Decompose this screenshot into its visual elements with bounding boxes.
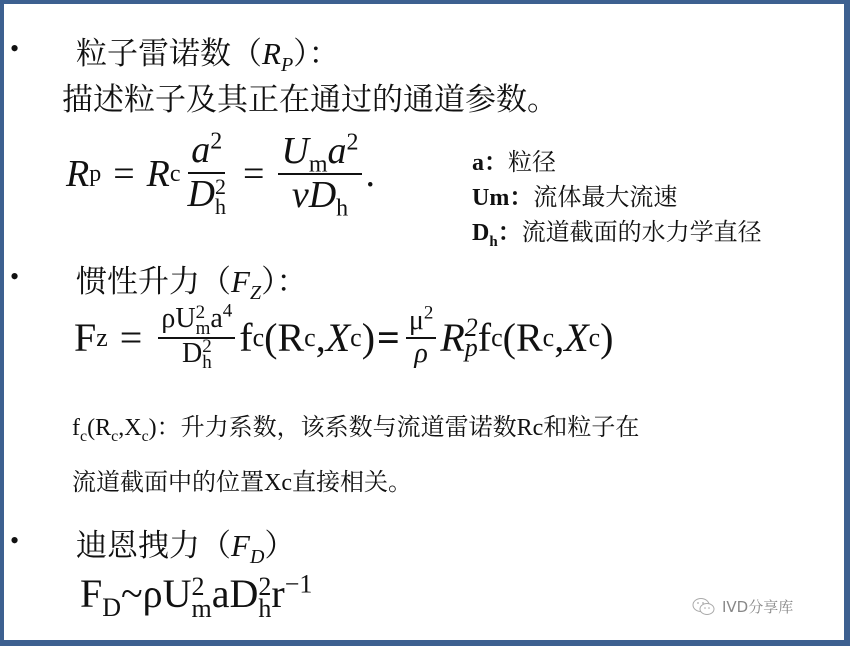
eq-sign: = xyxy=(120,314,143,361)
eq-term: a xyxy=(210,303,222,334)
legend-term: D xyxy=(472,220,489,246)
eq-term: R xyxy=(440,314,464,361)
equation-fd: FD~ρU2maD2hr−1 xyxy=(80,570,312,620)
lift-coefficient-note-line2: 流道截面中的位置Xc直接相关。 xyxy=(72,462,412,497)
bullet: • xyxy=(10,34,19,64)
eq-sub: p xyxy=(465,338,478,358)
eq-sign: = xyxy=(377,314,400,361)
bullet: • xyxy=(10,262,19,292)
eq-term: U xyxy=(281,130,308,172)
eq-sign: = xyxy=(113,152,134,196)
bullet: • xyxy=(10,526,19,556)
watermark-text: IVD分享库 xyxy=(722,596,793,617)
eq-term: R xyxy=(147,152,170,196)
legend-sep: ： xyxy=(509,185,533,211)
eq-term: aD xyxy=(212,571,259,616)
eq-term: a xyxy=(191,129,210,171)
eq-sup: 2 xyxy=(347,129,359,155)
title-end: ）： xyxy=(293,36,340,71)
lift-coefficient-note: fc(Rc,Xc)：升力系数，该系数与流道雷诺数Rc和粒子在 xyxy=(72,407,639,442)
watermark: IVD分享库 xyxy=(692,596,793,617)
eq-sub: h xyxy=(215,197,226,217)
section-title-particle-reynolds: 粒子雷诺数（RP）： xyxy=(76,28,340,73)
section-title-inertial-lift: 惯性升力（FZ）： xyxy=(76,256,308,301)
eq-term: μ xyxy=(409,305,424,336)
legend-desc: 流道截面的水力学直径 xyxy=(522,220,762,246)
eq-term: f xyxy=(239,314,252,361)
legend-item: Dh：流道截面的水力学直径 xyxy=(472,216,762,251)
eq-sub: m xyxy=(192,598,212,620)
title-text: 惯性升力（ xyxy=(76,264,231,299)
eq-term: F xyxy=(74,314,96,361)
eq-term: (R xyxy=(264,314,304,361)
eq-sub: m xyxy=(196,321,211,337)
symbol-sub: P xyxy=(281,54,293,76)
eq-trail: . xyxy=(366,152,376,196)
symbol: F xyxy=(231,264,250,299)
fraction: μ2 ρ xyxy=(406,306,437,370)
wechat-icon xyxy=(692,597,716,617)
eq-sup: 2 xyxy=(424,302,434,323)
note-term: ,X xyxy=(118,415,141,441)
eq-term: D xyxy=(188,173,215,215)
eq-term: D xyxy=(309,174,336,216)
note-term: (R xyxy=(87,415,111,441)
slide: • 粒子雷诺数（RP）： 描述粒子及其正在通过的通道参数。 Rp = Rc a2… xyxy=(4,4,844,640)
eq-term: ν xyxy=(292,174,309,216)
eq-term: ρ xyxy=(411,339,430,370)
eq-term: ρU xyxy=(161,303,195,334)
eq-sub: h xyxy=(202,355,212,371)
eq-sup: −1 xyxy=(285,570,313,599)
fraction: ρU2ma4 D2h xyxy=(158,304,235,371)
eq-term: R xyxy=(66,152,89,196)
legend-term: Um xyxy=(472,185,509,211)
note-text: )：升力系数，该系数与流道雷诺数Rc和粒子在 xyxy=(149,415,640,441)
eq-term: a xyxy=(328,130,347,172)
fraction: a2 D2h xyxy=(185,130,229,217)
variable-legend: a：粒径 Um：流体最大流速 Dh：流道截面的水力学直径 xyxy=(472,146,762,251)
legend-item: Um：流体最大流速 xyxy=(472,181,762,216)
legend-sep: ： xyxy=(484,150,508,176)
title-text: 粒子雷诺数（ xyxy=(76,36,262,71)
eq-sub: D xyxy=(102,593,121,622)
eq-term: , xyxy=(554,314,564,361)
eq-term: D xyxy=(182,338,202,369)
equation-rp: Rp = Rc a2 D2h = Uma2 νDh . xyxy=(66,130,375,217)
title-end: ）： xyxy=(261,264,308,299)
eq-term: ~ρU xyxy=(121,571,192,616)
eq-sup: 2 xyxy=(210,128,222,154)
symbol: F xyxy=(231,528,250,563)
eq-term: (R xyxy=(503,314,543,361)
eq-sub: h xyxy=(258,598,271,620)
legend-desc: 粒径 xyxy=(508,150,556,176)
description: 描述粒子及其正在通过的通道参数。 xyxy=(62,74,558,119)
eq-term: F xyxy=(80,571,102,616)
eq-term: X xyxy=(326,314,350,361)
eq-term: r xyxy=(271,571,284,616)
symbol-sub: D xyxy=(250,546,264,568)
fraction: Uma2 νDh xyxy=(278,131,361,217)
legend-desc: 流体最大流速 xyxy=(533,185,677,211)
legend-term: a xyxy=(472,150,484,176)
eq-sign: = xyxy=(243,152,264,196)
symbol-sub: Z xyxy=(250,282,261,304)
legend-sep: ： xyxy=(498,220,522,246)
section-title-dean-drag: 迪恩拽力（FD） xyxy=(76,520,295,565)
title-end: ） xyxy=(264,528,295,563)
equation-fz: Fz = ρU2ma4 D2h fc(Rc,Xc) = μ2 ρ R2pfc(R… xyxy=(74,304,614,371)
note-sub: c xyxy=(142,428,149,445)
eq-sup: 4 xyxy=(223,301,233,322)
title-text: 迪恩拽力（ xyxy=(76,528,231,563)
eq-term: X xyxy=(564,314,588,361)
eq-sub: h xyxy=(336,195,348,221)
eq-term: f xyxy=(478,314,491,361)
note-term: f xyxy=(72,415,80,441)
eq-term: ) xyxy=(600,314,613,361)
eq-term: , xyxy=(316,314,326,361)
eq-term: ) xyxy=(362,314,375,361)
legend-item: a：粒径 xyxy=(472,146,762,181)
symbol: R xyxy=(262,36,281,71)
legend-sub: h xyxy=(489,234,497,250)
